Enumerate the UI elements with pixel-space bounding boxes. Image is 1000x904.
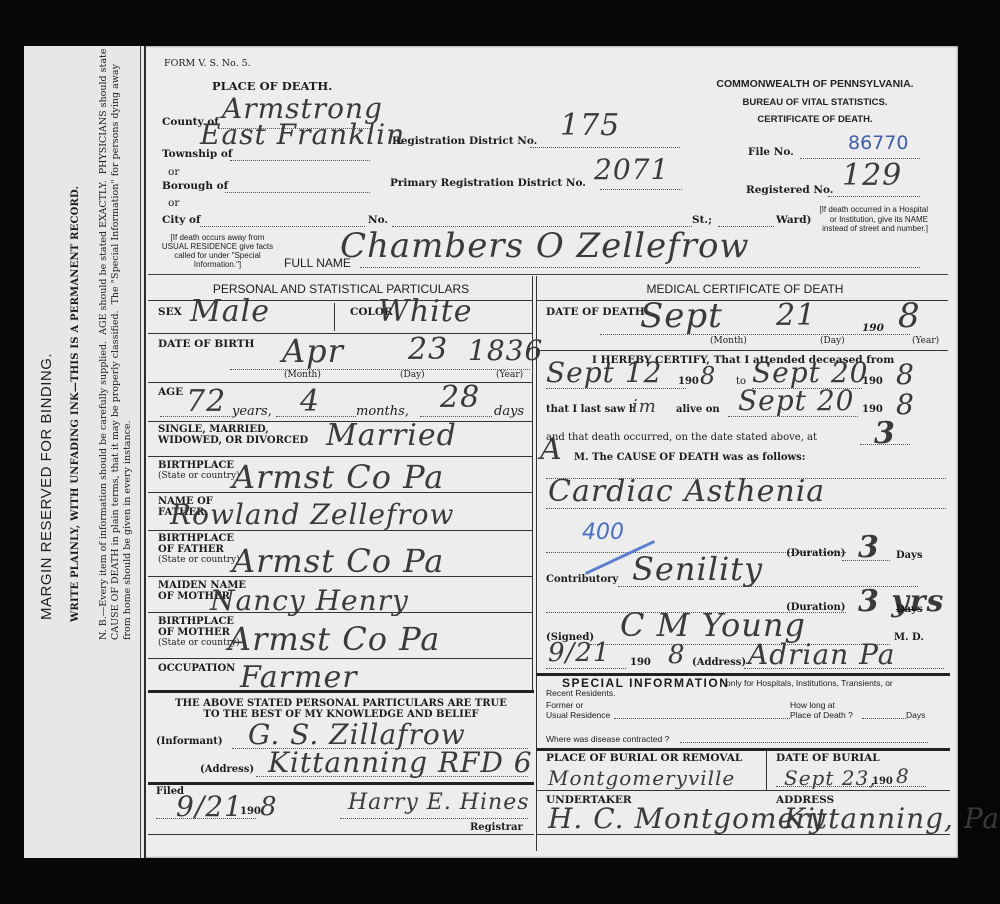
dob-day-caption: (Day) <box>400 370 425 380</box>
file-no-label: File No. <box>748 146 794 158</box>
file-no-value: 86770 <box>848 132 908 154</box>
father-birthplace-value: Armst Co Pa <box>232 542 444 580</box>
place-of-death-heading: PLACE OF DEATH. <box>212 79 332 93</box>
attended-to-year: 8 <box>896 358 915 391</box>
days-label-2: Days <box>896 604 923 615</box>
classification-stamp: 400 <box>582 520 624 545</box>
cause-duration: 3 <box>858 530 880 565</box>
primary-reg-label: Primary Registration District No. <box>390 177 586 189</box>
filed-year-prefix: 190 <box>240 806 261 817</box>
sex-value: Male <box>190 294 270 329</box>
hospital-note: [If death occurred in a Hospital or Inst… <box>818 205 928 234</box>
filed-date: 9/21 <box>176 790 243 823</box>
color-value: White <box>378 294 473 329</box>
burial-date-label: DATE OF BURIAL <box>776 752 880 764</box>
last-saw-year-prefix: 190 <box>862 404 883 415</box>
signed-year-suffix: 8 <box>668 640 686 670</box>
dob-year: 1836 <box>468 334 543 367</box>
attended-from-year-prefix: 190 <box>678 376 699 387</box>
full-name-value: Chambers O Zellefrow <box>340 226 750 266</box>
burial-year-prefix: 190 <box>872 776 893 787</box>
attended-from: Sept 12 <box>546 356 662 389</box>
burial-place-label: PLACE OF BURIAL OR REMOVAL <box>546 752 742 764</box>
marital-value: Married <box>326 418 457 453</box>
header-certificate: CERTIFICATE OF DEATH. <box>670 114 960 125</box>
am-pm-value: A <box>540 432 563 467</box>
undertaker-address-value: Kittanning, Pa <box>784 802 1000 835</box>
city-label: City of <box>162 214 200 226</box>
margin-title: MARGIN RESERVED FOR BINDING. <box>38 353 55 620</box>
physician-address-value: Adrian Pa <box>748 638 895 671</box>
burial-place-value: Montgomeryville <box>548 766 735 790</box>
last-saw-year: 8 <box>896 388 915 421</box>
physician-address-label: (Address) <box>692 657 746 668</box>
dob-month-caption: (Month) <box>284 370 321 380</box>
attended-to-year-prefix: 190 <box>862 376 883 387</box>
margin-nb-3: from home should be given in every insta… <box>122 420 133 640</box>
primary-reg-value: 2071 <box>594 153 669 186</box>
header-commonwealth: COMMONWEALTH OF PENNSYLVANIA. <box>670 78 960 90</box>
dod-year-prefix: 190 <box>862 322 884 334</box>
birthplace-value: Armst Co Pa <box>232 458 444 496</box>
years-word: years, <box>232 404 272 419</box>
age-months: 4 <box>300 384 320 419</box>
father-name-value: Rowland Zellefrow <box>170 498 455 531</box>
special-info-subtitle-2: Recent Residents. <box>546 688 615 698</box>
margin-nb-1: N. B.—Every item of information should b… <box>98 49 109 640</box>
registrar-signature: Harry E. Hines <box>348 790 530 815</box>
township-value: East Franklin <box>200 118 405 151</box>
mother-birthplace-label-1: BIRTHPLACE <box>158 616 234 627</box>
last-saw-pronoun: im <box>632 396 657 417</box>
father-birthplace-label-2: OF FATHER <box>158 544 224 555</box>
dod-year-suffix: 8 <box>898 296 921 336</box>
dod-day: 21 <box>776 298 816 333</box>
last-saw-text: that I last saw h <box>546 404 636 415</box>
dob-month: Apr <box>282 332 344 370</box>
time-value: 3 <box>874 416 896 451</box>
age-days: 28 <box>440 380 480 415</box>
borough-label: Borough of <box>162 180 228 192</box>
md-label: M. D. <box>894 632 924 643</box>
former-residence-label-1: Former or <box>546 700 583 710</box>
registrar-label: Registrar <box>470 822 523 833</box>
burial-date-value: Sept 23, <box>784 766 877 790</box>
how-long-days-label: Days <box>906 710 925 720</box>
special-info-subtitle: only for Hospitals, Institutions, Transi… <box>726 678 893 688</box>
occurred-text: and that death occurred, on the date sta… <box>546 432 817 443</box>
informant-address-value: Kittanning RFD 6 <box>268 746 533 779</box>
cause-intro: M. The CAUSE OF DEATH was as follows: <box>574 452 805 463</box>
birthplace-state-caption: (State or country) <box>158 471 240 481</box>
how-long-label-2: Place of Death ? <box>790 710 853 720</box>
street-label: St.; <box>692 214 712 226</box>
burial-year-suffix: 8 <box>896 764 910 788</box>
signed-year-prefix: 190 <box>630 657 651 668</box>
mother-birthplace-value: Armst Co Pa <box>228 620 440 658</box>
registered-no-value: 129 <box>842 158 902 193</box>
disease-contracted-label: Where was disease contracted ? <box>546 734 669 744</box>
margin-nb-2: CAUSE OF DEATH in plain terms, that it m… <box>110 64 121 640</box>
signed-date: 9/21 <box>548 638 610 668</box>
reg-district-label: Registration District No. <box>392 135 537 147</box>
dod-month: Sept <box>640 296 723 336</box>
dod-year-caption: (Year) <box>912 336 939 346</box>
dob-label: DATE OF BIRTH <box>158 338 254 350</box>
or-label-2: or <box>168 197 179 209</box>
how-long-label-1: How long at <box>790 700 835 710</box>
age-years: 72 <box>186 384 226 419</box>
months-word: months, <box>356 404 409 419</box>
dod-day-caption: (Day) <box>820 336 845 346</box>
ward-label: Ward) <box>776 214 812 226</box>
contributory-value: Senility <box>632 550 763 588</box>
medical-heading: MEDICAL CERTIFICATE OF DEATH <box>545 282 945 296</box>
alive-on-label: alive on <box>676 404 720 415</box>
age-label: AGE <box>158 386 183 398</box>
last-saw-date: Sept 20 <box>738 384 854 417</box>
dob-year-caption: (Year) <box>496 370 523 380</box>
filed-year-suffix: 8 <box>260 792 278 822</box>
usual-residence-note: [If death occurs away from USUAL RESIDEN… <box>160 233 275 269</box>
contributory-label: Contributory <box>546 574 618 585</box>
informant-address-label: (Address) <box>200 764 254 775</box>
sex-label: SEX <box>158 306 182 318</box>
former-residence-label-2: Usual Residence <box>546 710 610 720</box>
dob-day: 23 <box>408 332 448 367</box>
father-birthplace-label-1: BIRTHPLACE <box>158 533 234 544</box>
or-label-1: or <box>168 166 179 178</box>
attended-from-year: 8 <box>700 362 716 390</box>
father-birthplace-state-caption: (State or country) <box>158 555 240 565</box>
street-no-label: No. <box>368 214 388 226</box>
informant-label: (Informant) <box>156 736 223 747</box>
header-bureau: BUREAU OF VITAL STATISTICS. <box>670 97 960 108</box>
duration-label-1: (Duration) <box>786 548 846 559</box>
days-label-1: Days <box>896 550 923 561</box>
informant-statement-1: THE ABOVE STATED PERSONAL PARTICULARS AR… <box>152 698 530 709</box>
marital-label-2: WIDOWED, OR DIVORCED <box>158 435 308 446</box>
occupation-label: OCCUPATION <box>158 663 235 674</box>
form-id: FORM V. S. No. 5. <box>164 58 251 69</box>
reg-district-value: 175 <box>560 108 620 143</box>
cause-of-death-value: Cardiac Asthenia <box>548 474 825 509</box>
dod-label: DATE OF DEATH <box>546 306 645 318</box>
mother-birthplace-label-2: OF MOTHER <box>158 627 230 638</box>
dod-month-caption: (Month) <box>710 336 747 346</box>
marital-label-1: SINGLE, MARRIED, <box>158 424 269 435</box>
birthplace-label: BIRTHPLACE <box>158 460 234 471</box>
margin-instruction: WRITE PLAINLY, WITH UNFADING INK—THIS IS… <box>70 186 81 622</box>
registered-no-label: Registered No. <box>746 184 833 196</box>
days-word: days <box>494 404 524 419</box>
